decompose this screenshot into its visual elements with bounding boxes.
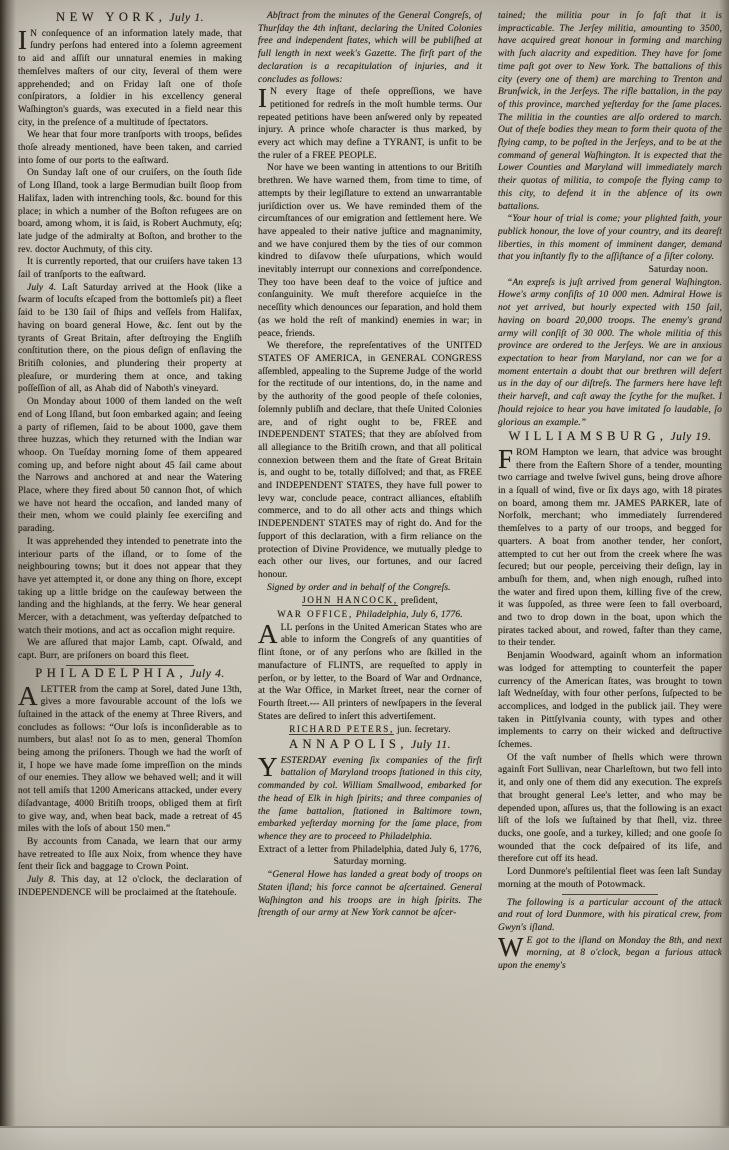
date-lead: July 8. xyxy=(27,875,61,885)
italic-paragraph: “An expreſs is juſt arrived from general… xyxy=(498,277,722,429)
paragraph: WE got to the iſland on Monday the 8th, … xyxy=(498,935,722,973)
paragraph: Nor have we been wanting in attentions t… xyxy=(258,162,482,340)
drop-capital: I xyxy=(18,28,30,52)
saturday-noon-line: Saturday noon. xyxy=(498,264,722,277)
dateline-city: ANNAPOLIS, xyxy=(289,737,408,751)
italic-paragraph: “General Howe has landed a great body of… xyxy=(258,869,482,920)
dateline-date: July 19. xyxy=(671,431,712,443)
small-caps-name: RICHARD PETERS, xyxy=(289,724,394,735)
paragraph: On Sunday laſt one of our cruiſers, on t… xyxy=(18,167,242,256)
signed-line: Signed by order and in behalf of the Con… xyxy=(258,582,482,595)
drop-capital: I xyxy=(258,86,270,110)
paragraph: We therefore, the repreſentatives of the… xyxy=(258,340,482,581)
italic-paragraph: tained; the militia pour in ſo faſt that… xyxy=(498,10,722,213)
dateline-philadelphia: PHILADELPHIA,July 4. xyxy=(18,667,242,682)
column-left: NEW YORK,July 1.IN conſequence of an inf… xyxy=(18,10,242,1126)
paragraph: July 4. Laſt Saturday arrived at the Hoo… xyxy=(18,282,242,396)
column-middle: Abſtract from the minutes of the General… xyxy=(258,10,482,1126)
signature-john-hancock: JOHN HANCOCK, preſident, xyxy=(258,594,482,608)
caps-line-rest: preſident, xyxy=(398,596,438,606)
paragraph: It is currently reported, that our cruiſ… xyxy=(18,256,242,281)
divider-rule xyxy=(562,894,658,895)
column-right: tained; the militia pour in ſo faſt that… xyxy=(498,10,722,1126)
war-office-line: WAR OFFICE, Philadelphia, July 6, 1776. xyxy=(258,608,482,622)
dateline-date: July 11. xyxy=(411,739,451,751)
caps-line-rest: Philadelphia, July 6, 1776. xyxy=(353,610,463,620)
drop-capital: W xyxy=(498,935,527,959)
signature-richard-peters: RICHARD PETERS, jun. ſecretary. xyxy=(258,723,482,737)
paragraph: On Monday about 1000 of them landed on t… xyxy=(18,396,242,536)
paragraph: ALETTER from the camp at Sorel, dated Ju… xyxy=(18,684,242,836)
paragraph: We are aſſured that major Lamb, capt. Oſ… xyxy=(18,637,242,662)
paragraph: We hear that four more tranſports with t… xyxy=(18,129,242,167)
paragraph: It was apprehended they intended to pene… xyxy=(18,536,242,638)
paragraph: Lord Dunmore's peſtilential fleet was ſe… xyxy=(498,866,722,891)
paragraph: FROM Hampton we learn, that advice was b… xyxy=(498,447,722,650)
paragraph: Of the vaſt number of ſhells which were … xyxy=(498,752,722,866)
drop-capital: Y xyxy=(258,755,281,779)
drop-capital: A xyxy=(18,684,41,708)
date-lead: July 4. xyxy=(27,283,62,293)
paragraph: July 8. This day, at 12 o'clock, the dec… xyxy=(18,874,242,899)
dateline-new-york: NEW YORK,July 1. xyxy=(18,11,242,26)
dunmore-account-intro: The following is a particular account of… xyxy=(498,897,722,935)
newspaper-page: NEW YORK,July 1.IN conſequence of an inf… xyxy=(0,0,729,1150)
columns-container: NEW YORK,July 1.IN conſequence of an inf… xyxy=(18,10,722,1126)
caps-line-rest: jun. ſecretary. xyxy=(394,725,451,735)
paragraph: By accounts from Canada, we learn that o… xyxy=(18,836,242,874)
small-caps-name: WAR OFFICE, xyxy=(277,609,353,619)
dateline-city: NEW YORK, xyxy=(56,10,166,24)
dateline-date: July 4. xyxy=(190,668,225,680)
small-caps-name: JOHN HANCOCK, xyxy=(302,595,398,606)
paragraph: IN every ſtage of theſe oppreſſions, we … xyxy=(258,86,482,162)
page-bottom-edge xyxy=(0,1126,729,1150)
drop-capital: F xyxy=(498,447,516,471)
dateline-williamsburg: WILLIAMSBURG,July 19. xyxy=(498,430,722,445)
dateline-annapolis: ANNAPOLIS,July 11. xyxy=(258,738,482,753)
dateline-date: July 1. xyxy=(169,12,204,24)
dateline-city: WILLIAMSBURG, xyxy=(509,429,668,443)
letter-heading: Extract of a letter from Philadelphia, d… xyxy=(258,844,482,869)
dateline-city: PHILADELPHIA, xyxy=(35,666,187,680)
paragraph: ALL perſons in the United American State… xyxy=(258,622,482,724)
paragraph: Benjamin Woodward, againſt whom an infor… xyxy=(498,650,722,752)
abstract-intro: Abſtract from the minutes of the General… xyxy=(258,10,482,86)
italic-paragraph: “Your hour of trial is come; your plight… xyxy=(498,213,722,264)
binding-edge-shadow xyxy=(0,0,16,1150)
drop-capital: A xyxy=(258,622,281,646)
paragraph: YESTERDAY evening ſix companies of the f… xyxy=(258,755,482,844)
paragraph: IN conſequence of an information lately … xyxy=(18,28,242,130)
